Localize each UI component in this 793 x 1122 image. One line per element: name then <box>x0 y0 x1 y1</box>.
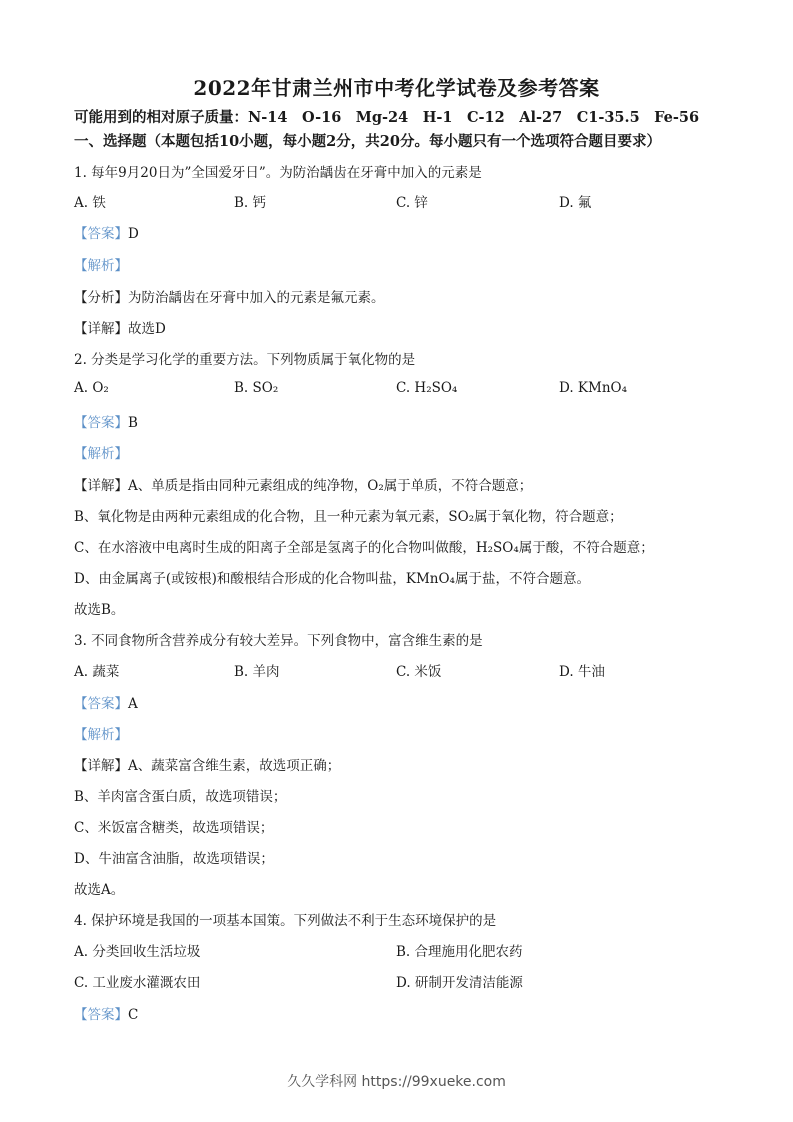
q1-fenxi: 【分析】为防治龋齿在牙膏中加入的元素是氟元素。 <box>74 286 385 306</box>
q2-detail-2: B、氧化物是由两种元素组成的化合物，且一种元素为氧元素，SO₂属于氧化物，符合题… <box>74 505 623 525</box>
q4-option-a: A. 分类回收生活垃圾 <box>74 940 200 960</box>
answer-value: C <box>128 1007 138 1023</box>
q2-detail-1: 【详解】A、单质是指由同种元素组成的纯净物，O₂属于单质，不符合题意； <box>74 474 532 494</box>
answer-label: 【答案】 <box>74 415 128 431</box>
question-3-stem: 3. 不同食物所含营养成分有较大差异。下列食物中，富含维生素的是 <box>74 629 483 649</box>
q1-answer: 【答案】D <box>74 222 139 242</box>
q1-option-b: B. 钙 <box>234 191 266 211</box>
q2-detail-4: D、由金属离子(或铵根)和酸根结合形成的化合物叫盐，KMnO₄属于盐，不符合题意… <box>74 567 590 587</box>
q1-option-c: C. 锌 <box>396 191 428 211</box>
q4-answer: 【答案】C <box>74 1003 138 1023</box>
question-2-stem: 2. 分类是学习化学的重要方法。下列物质属于氧化物的是 <box>74 348 415 368</box>
q2-detail-3: C、在水溶液中电离时生成的阳离子全部是氢离子的化合物叫做酸，H₂SO₄属于酸，不… <box>74 536 654 556</box>
q3-detail-1: 【详解】A、蔬菜富含维生素，故选项正确； <box>74 754 340 774</box>
q3-option-d: D. 牛油 <box>559 660 605 680</box>
answer-label: 【答案】 <box>74 696 128 712</box>
q2-option-b: B. SO₂ <box>234 380 278 396</box>
q1-option-a: A. 铁 <box>74 191 106 211</box>
q4-option-c: C. 工业废水灌溉农田 <box>74 971 200 991</box>
q3-answer: 【答案】A <box>74 692 138 712</box>
q3-detail-4: D、牛油富含油脂，故选项错误； <box>74 847 274 867</box>
q2-option-d: D. KMnO₄ <box>559 380 627 396</box>
q1-option-d: D. 氟 <box>559 191 591 211</box>
detail-text: A、单质是指由同种元素组成的纯净物，O₂属于单质，不符合题意； <box>128 478 532 494</box>
q4-option-d: D. 研制开发清洁能源 <box>396 971 523 991</box>
question-1-stem: 1. 每年9月20日为”全国爱牙日”。为防治龋齿在牙膏中加入的元素是 <box>74 161 482 181</box>
detail-text: 故选D <box>128 321 166 337</box>
q3-option-b: B. 羊肉 <box>234 660 280 680</box>
atomic-mass-line: 可能用到的相对原子质量：N-14 O-16 Mg-24 H-1 C-12 Al-… <box>74 106 699 127</box>
detail-label: 【详解】 <box>74 478 128 494</box>
q3-analysis-label: 【解析】 <box>74 723 128 743</box>
q2-option-a: A. O₂ <box>74 380 109 396</box>
question-4-stem: 4. 保护环境是我国的一项基本国策。下列做法不利于生态环境保护的是 <box>74 909 496 929</box>
document-page: 2022年甘肃兰州市中考化学试卷及参考答案 可能用到的相对原子质量：N-14 O… <box>0 0 793 1122</box>
q3-option-a: A. 蔬菜 <box>74 660 119 680</box>
answer-label: 【答案】 <box>74 1007 128 1023</box>
q2-answer: 【答案】B <box>74 411 138 431</box>
q2-option-c: C. H₂SO₄ <box>396 380 457 396</box>
answer-value: D <box>128 226 139 242</box>
answer-value: B <box>128 415 138 431</box>
answer-label: 【答案】 <box>74 226 128 242</box>
footer-watermark: 久久学科网 https://99xueke.com <box>0 1071 793 1091</box>
fenxi-text: 为防治龋齿在牙膏中加入的元素是氟元素。 <box>128 290 385 306</box>
fenxi-label: 【分析】 <box>74 290 128 306</box>
q3-detail-3: C、米饭富含糖类，故选项错误； <box>74 816 273 836</box>
q4-option-b: B. 合理施用化肥农药 <box>396 940 523 960</box>
answer-value: A <box>128 696 138 712</box>
q2-detail-5: 故选B。 <box>74 598 124 618</box>
q2-analysis-label: 【解析】 <box>74 442 128 462</box>
q3-option-c: C. 米饭 <box>396 660 441 680</box>
detail-text: A、蔬菜富含维生素，故选项正确； <box>128 758 340 774</box>
q3-detail-2: B、羊肉富含蛋白质，故选项错误； <box>74 785 286 805</box>
document-title: 2022年甘肃兰州市中考化学试卷及参考答案 <box>0 72 793 101</box>
q1-detail: 【详解】故选D <box>74 317 166 337</box>
detail-label: 【详解】 <box>74 321 128 337</box>
q3-detail-5: 故选A。 <box>74 878 124 898</box>
section-heading: 一、选择题（本题包括10小题，每小题2分，共20分。每小题只有一个选项符合题目要… <box>74 130 661 151</box>
detail-label: 【详解】 <box>74 758 128 774</box>
q1-analysis-label: 【解析】 <box>74 254 128 274</box>
